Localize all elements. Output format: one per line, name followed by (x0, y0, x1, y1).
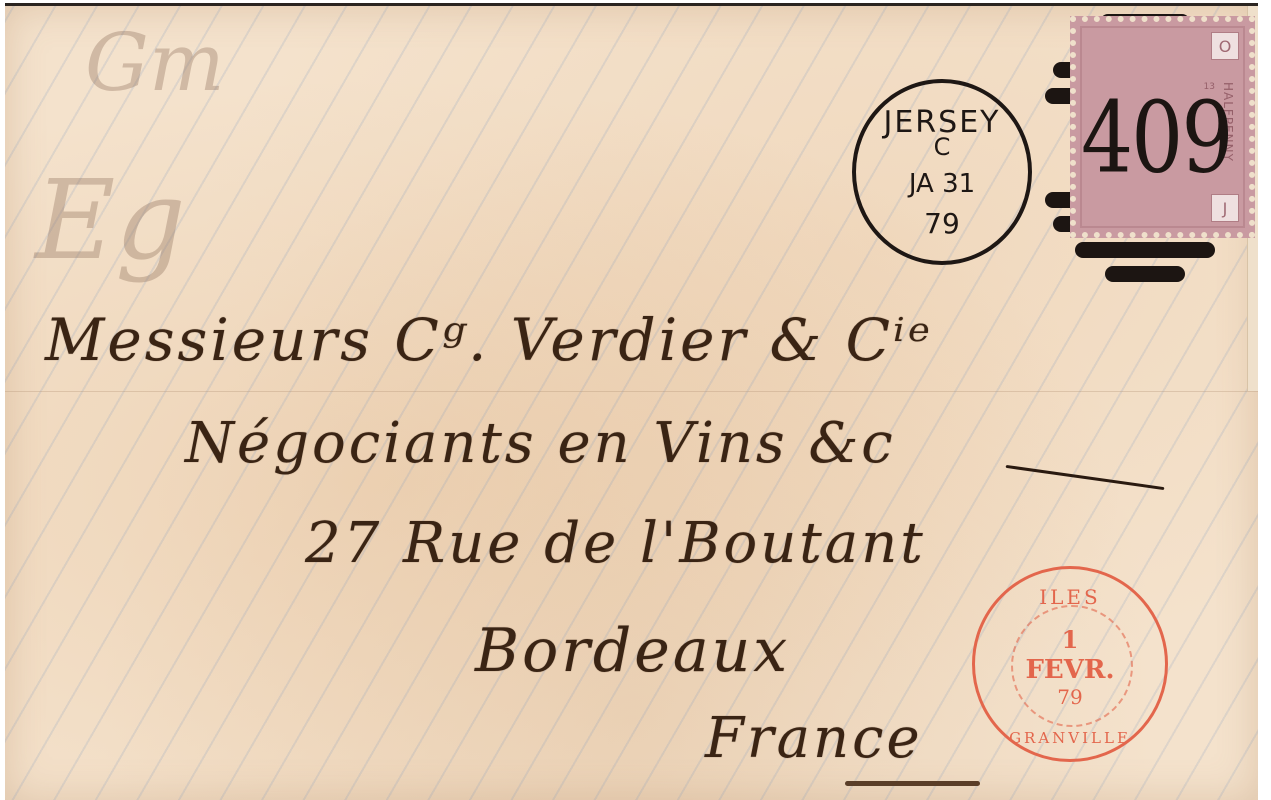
entry-mark-day: 1 (975, 625, 1165, 654)
address-line-4: Bordeaux (475, 616, 790, 686)
ghost-writing-left: Eg (35, 156, 186, 284)
postal-cover: Gm Eg O J HALFPENNY 13 409 JERSEY C JA 3… (5, 3, 1258, 800)
france-underline (845, 781, 980, 786)
address-line-3: 27 Rue de l'Boutant (305, 511, 926, 576)
postmark-year: 79 (856, 207, 1028, 240)
postmark-date: JA 31 (856, 169, 1028, 199)
address-swash (1006, 465, 1165, 490)
address-line-5: France (705, 706, 923, 771)
killer-number: 409 (1081, 82, 1232, 196)
entry-mark-top: ILES (975, 585, 1165, 609)
french-entry-postmark: ILES 1 FEVR. 79 GRANVILLE (972, 566, 1168, 762)
address-line-2: Négociants en Vins &c (185, 411, 896, 476)
ghost-writing-top-left: Gm (85, 16, 225, 109)
postmark-code: C (856, 133, 1028, 161)
entry-mark-year: 79 (975, 685, 1165, 709)
fold-line (5, 391, 1258, 392)
entry-mark-month: FEVR. (975, 655, 1165, 685)
address-line-1: Messieurs Cᵍ. Verdier & Cⁱᵉ (45, 306, 933, 374)
entry-mark-bottom: GRANVILLE (975, 729, 1165, 747)
jersey-postmark: JERSEY C JA 31 79 (852, 79, 1032, 265)
stamp-corner-top: O (1211, 32, 1239, 60)
